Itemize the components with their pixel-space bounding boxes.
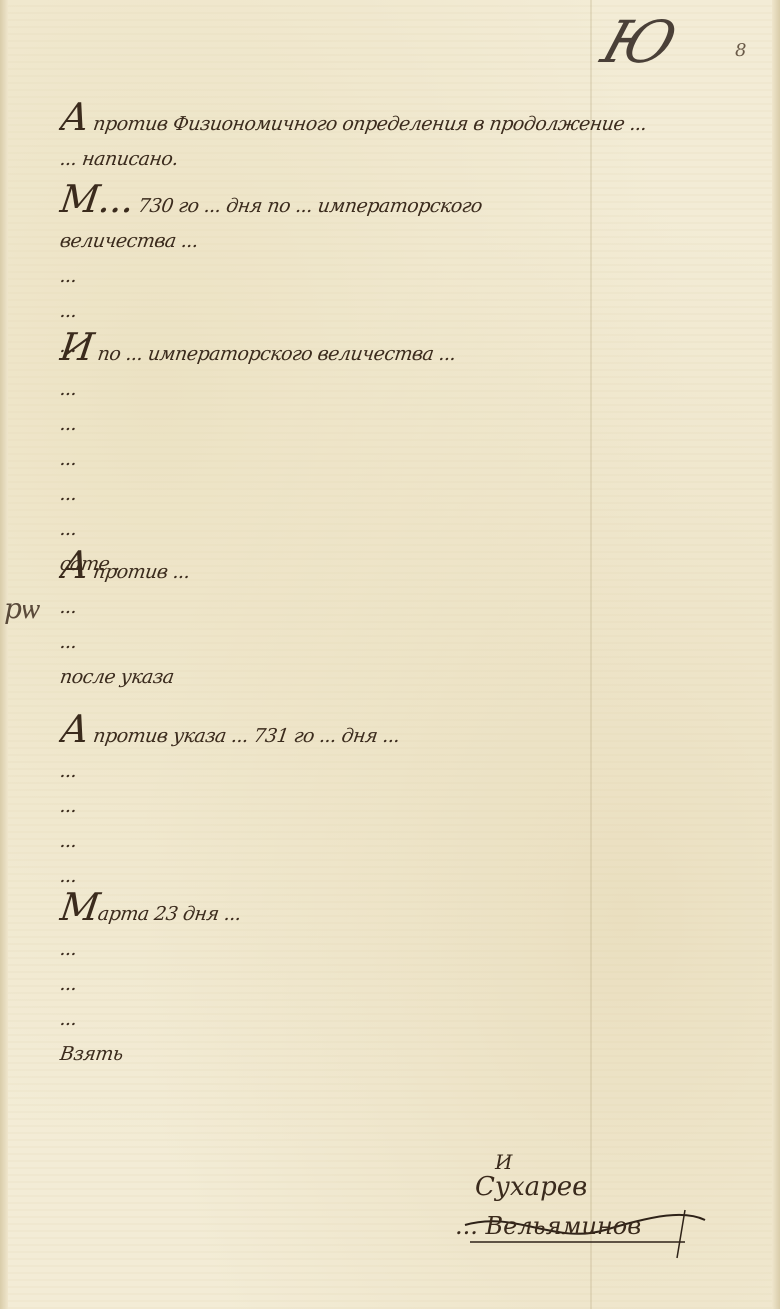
text-line: ... (58, 294, 743, 329)
signature-line-1: И (495, 1150, 512, 1174)
text-line: М... 730 го ... дня по ... императорског… (57, 182, 743, 224)
text-line: ... (58, 625, 743, 660)
text-line: ... (58, 590, 743, 625)
margin-note: рѡ (4, 592, 40, 626)
page-edge-right (772, 0, 780, 1309)
text-line: ... (58, 259, 743, 294)
text-line: ... (58, 967, 743, 1002)
text-line: А против ... (57, 548, 743, 590)
text-line: ... (58, 824, 743, 859)
paragraph-4: А против ... ... ... после указа (60, 548, 740, 695)
text-line: ... (58, 754, 743, 789)
text-line: ... (58, 477, 743, 512)
folio-number: 8 (735, 40, 746, 61)
signature-block: И Сухарев ... Вельяминов (455, 1150, 715, 1260)
text-line: Марта 23 дня ... (57, 890, 743, 932)
page-edge-left (0, 0, 8, 1309)
text-line: ... (58, 1002, 743, 1037)
signature-line-3: ... Вельяминов (455, 1212, 641, 1240)
folio-mark: Ю (594, 8, 685, 76)
text-line: после указа (58, 660, 743, 695)
text-line: ... (58, 932, 743, 967)
text-line: А против указа ... 731 го ... дня ... (57, 712, 743, 754)
text-line: А против Физиономичного определения в пр… (57, 100, 743, 142)
signature-line-2: Сухарев (475, 1172, 587, 1202)
paragraph-1: А против Физиономичного определения в пр… (60, 100, 740, 177)
text-line: ... (58, 442, 743, 477)
text-line: ... (58, 859, 743, 894)
text-line: ... написано. (58, 142, 743, 177)
text-line: Взять (58, 1037, 743, 1072)
paragraph-5: А против указа ... 731 го ... дня ... ..… (60, 712, 740, 894)
signature-flourish-icon (455, 1150, 715, 1260)
text-line: И по ... императорского величества ... (57, 330, 743, 372)
text-line: ... (58, 407, 743, 442)
paragraph-6: Марта 23 дня ... ... ... ... Взять (60, 890, 740, 1072)
text-line: ... (58, 372, 743, 407)
text-line: величества ... (58, 224, 743, 259)
text-line: ... (58, 512, 743, 547)
text-line: ... (58, 789, 743, 824)
paragraph-3: И по ... императорского величества ... .… (60, 330, 740, 582)
